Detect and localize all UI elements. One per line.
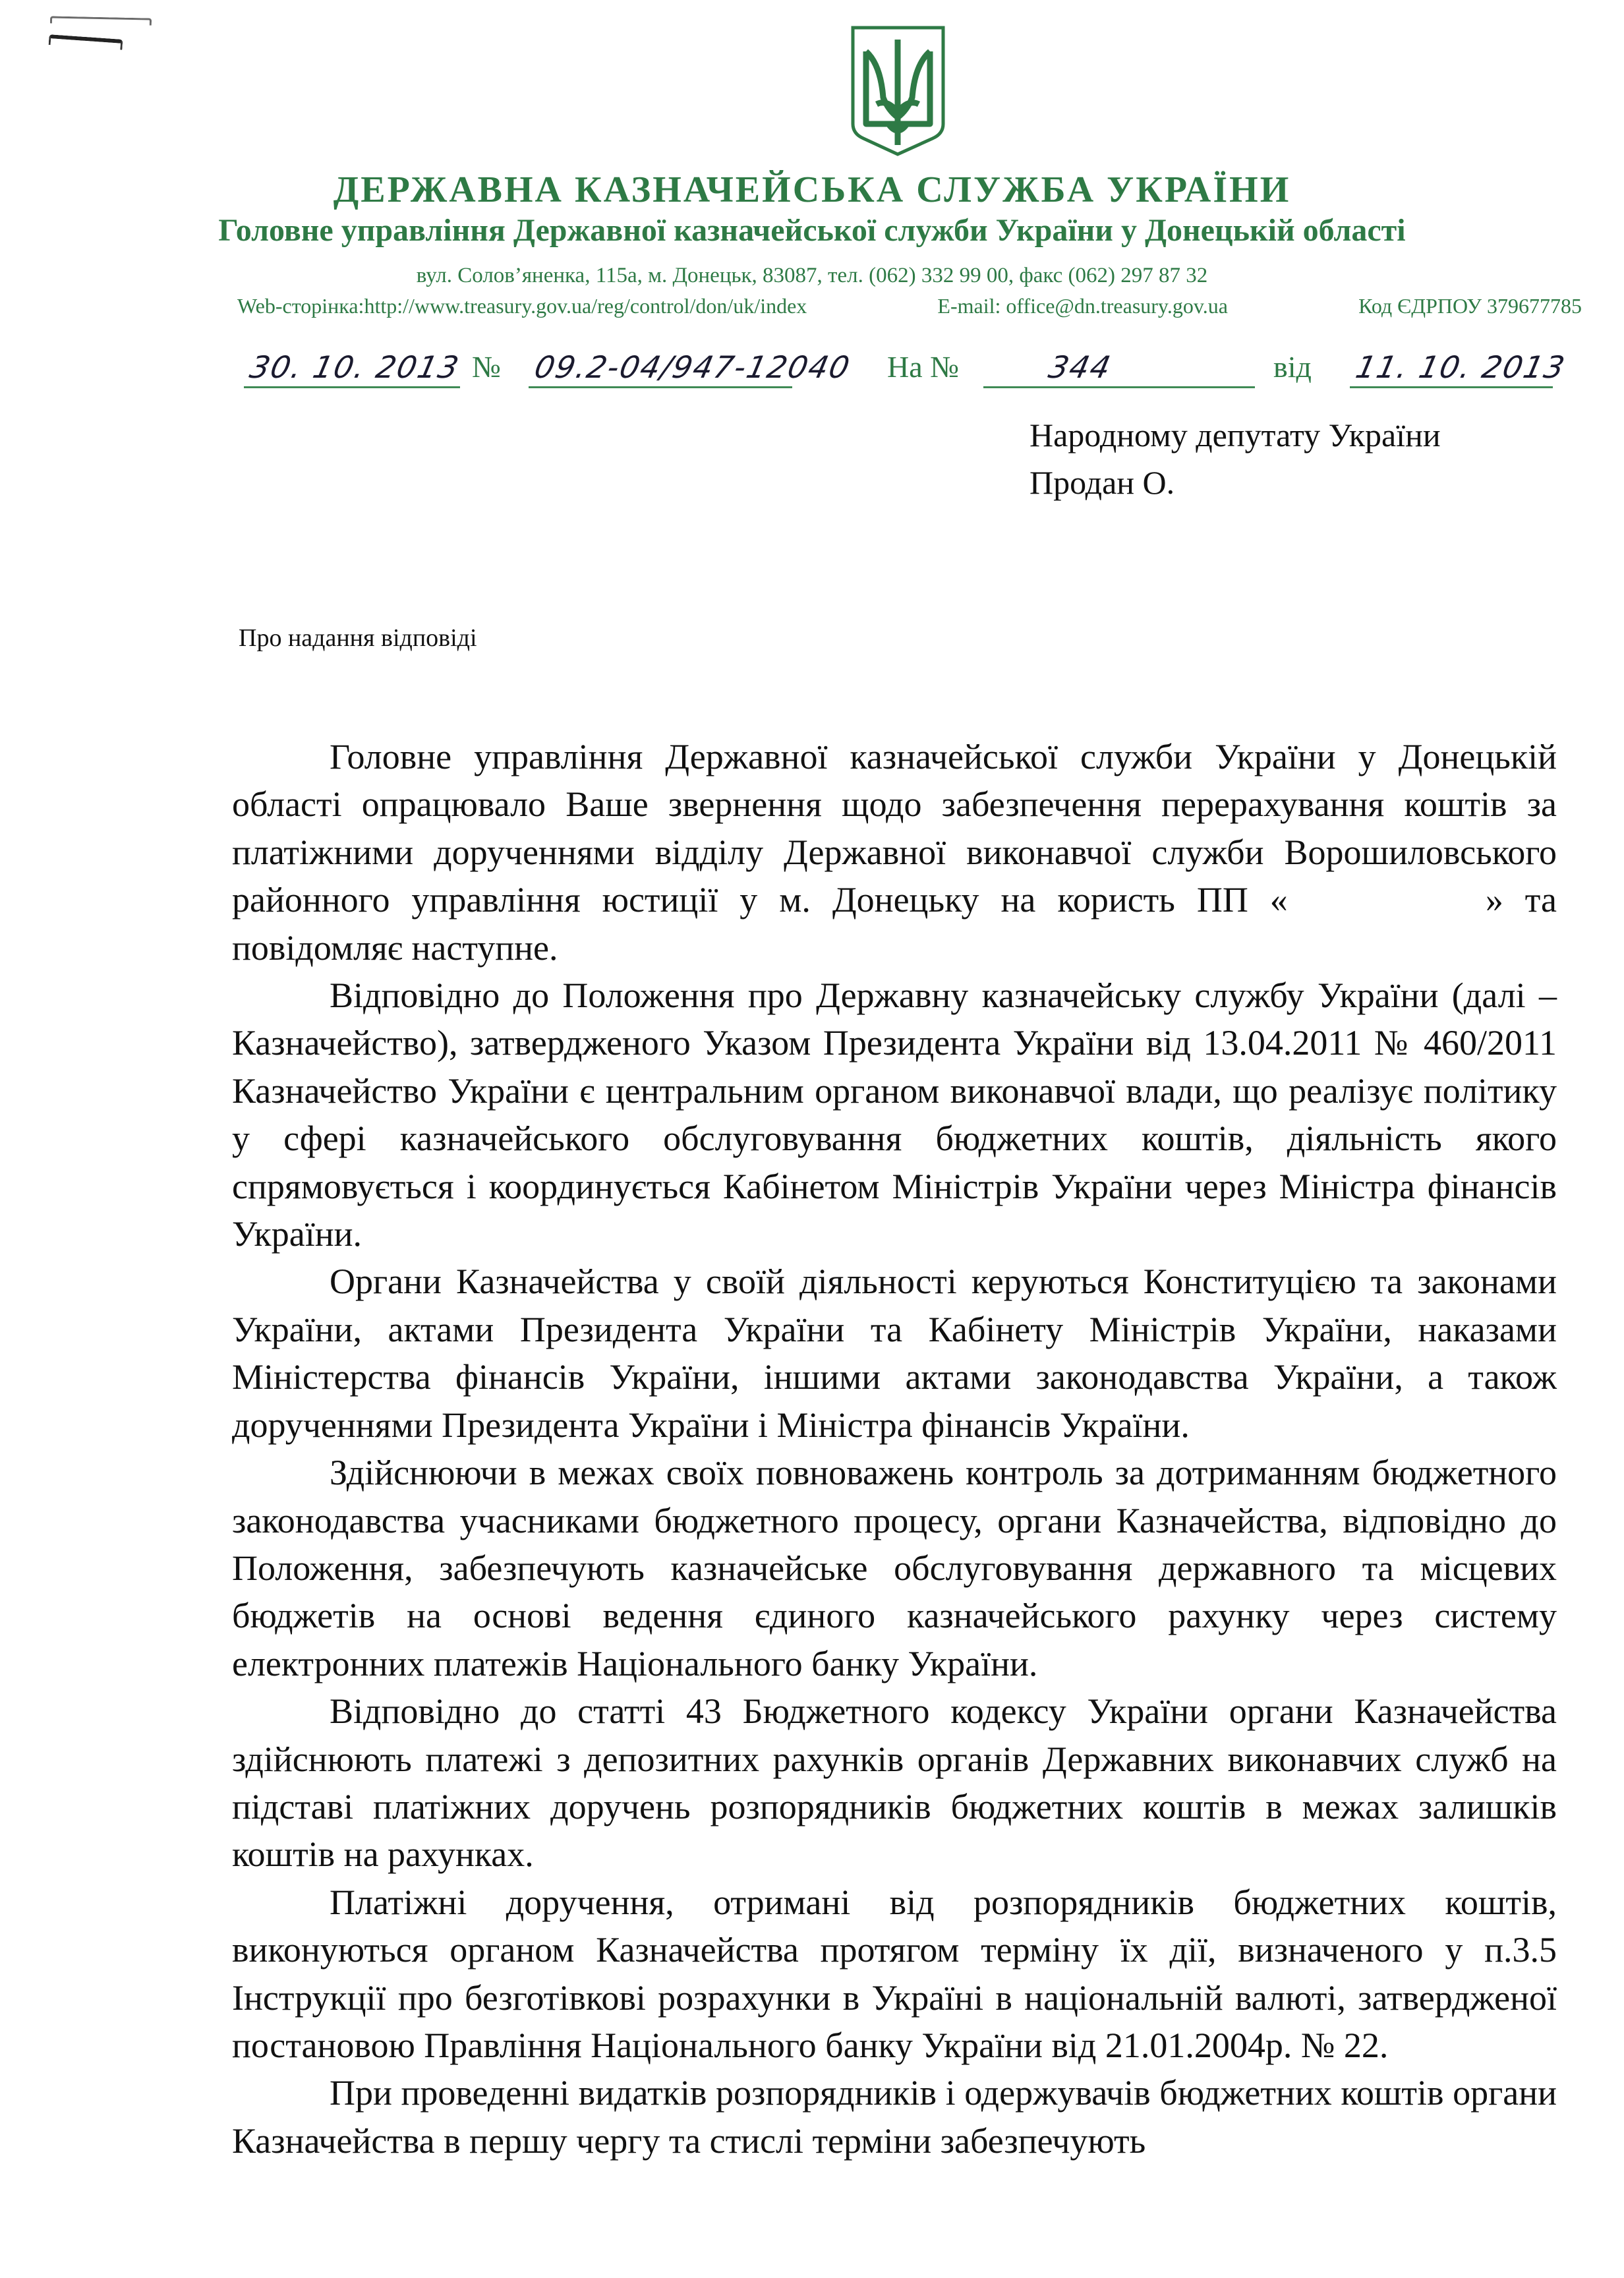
reply-date: 11. 10. 2013 <box>1352 349 1569 385</box>
body-paragraph-4: Здійснюючи в межах своїх повноважень кон… <box>232 1449 1557 1687</box>
org-address: вул. Солов’яненка, 115а, м. Донецьк, 830… <box>0 264 1624 288</box>
tryzub-coat-of-arms-icon <box>850 25 946 157</box>
addressee-block: Народному депутату України Продан О. <box>1029 411 1441 506</box>
org-title: ДЕРЖАВНА КАЗНАЧЕЙСЬКА СЛУЖБА УКРАЇНИ <box>0 169 1624 211</box>
body-paragraph-2: Відповідно до Положення про Державну каз… <box>232 972 1557 1258</box>
body-paragraph-6: Платіжні доручення, отримані від розпоря… <box>232 1879 1557 2070</box>
addressee-name: Продан О. <box>1029 459 1441 506</box>
body-paragraph-1: Головне управління Державної казначейськ… <box>232 733 1557 972</box>
outgoing-date-field: 30. 10. 2013 <box>244 343 460 388</box>
letter-subject: Про надання відповіді <box>239 624 477 653</box>
outgoing-date: 30. 10. 2013 <box>246 349 463 385</box>
registration-line: 30. 10. 2013 № 09.2-04/947-12040 На № 34… <box>244 343 1582 395</box>
org-subtitle: Головне управління Державної казначейськ… <box>0 212 1624 248</box>
reply-date-field: 11. 10. 2013 <box>1350 343 1553 388</box>
org-contacts: Web-сторінка:http://www.treasury.gov.ua/… <box>237 294 1582 318</box>
staple-icon <box>49 34 123 50</box>
letter-body: Головне управління Державної казначейськ… <box>232 733 1557 2165</box>
number-label: № <box>472 349 501 384</box>
addressee-title: Народному депутату України <box>1029 411 1441 459</box>
reply-to-label: На № <box>887 349 959 384</box>
website-link[interactable]: Web-сторінка:http://www.treasury.gov.ua/… <box>237 294 807 318</box>
reply-date-label: від <box>1273 349 1312 384</box>
body-paragraph-5: Відповідно до статті 43 Бюджетного кодек… <box>232 1687 1557 1879</box>
body-paragraph-3: Органи Казначейства у своїй діяльності к… <box>232 1258 1557 1449</box>
edrpou-code: Код ЄДРПОУ 379677785 <box>1358 294 1582 318</box>
email-link[interactable]: E-mail: office@dn.treasury.gov.ua <box>937 294 1228 318</box>
reply-to-number: 344 <box>1045 349 1115 385</box>
outgoing-number-field: 09.2-04/947-12040 <box>529 343 792 388</box>
reply-to-number-field: 344 <box>983 343 1255 388</box>
body-paragraph-7: При проведенні видатків розпорядників і … <box>232 2069 1557 2165</box>
staple-icon <box>50 16 152 25</box>
outgoing-number: 09.2-04/947-12040 <box>531 349 854 385</box>
